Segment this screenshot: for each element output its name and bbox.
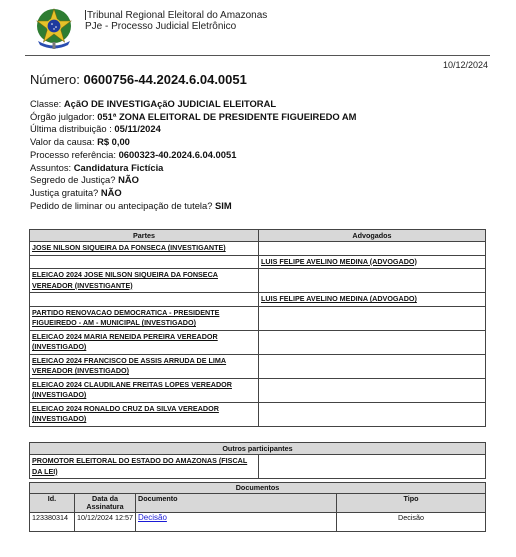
table-row: PROMOTOR ELEITORAL DO ESTADO DO AMAZONAS…: [30, 455, 486, 479]
table-row: 123380314 10/12/2024 12:57 Decisão Decis…: [30, 513, 486, 532]
doc-link[interactable]: Decisão: [138, 513, 167, 522]
header-text: Tribunal Regional Eleitoral do Amazonas …: [85, 10, 267, 32]
print-date: 10/12/2024: [443, 60, 488, 70]
table-row: JOSE NILSON SIQUEIRA DA FONSECA (INVESTI…: [30, 242, 486, 256]
documentos-table: Documentos Id. Data da Assinatura Docume…: [29, 482, 486, 532]
info-orgao-julgador: Órgão julgador: 051ª ZONA ELEITORAL DE P…: [30, 111, 356, 124]
partes-header: Partes: [30, 230, 259, 242]
info-segredo-justica: Segredo de Justiça? NÃO: [30, 174, 356, 187]
partes-table: Partes Advogados JOSE NILSON SIQUEIRA DA…: [29, 229, 486, 427]
system-name: PJe - Processo Judicial Eletrônico: [85, 21, 267, 32]
info-processo-referencia: Processo referência: 0600323-40.2024.6.0…: [30, 149, 356, 162]
doc-id: 123380314: [30, 513, 75, 532]
document-header: Tribunal Regional Eleitoral do Amazonas …: [25, 0, 490, 56]
outros-participantes-table: Outros participantes PROMOTOR ELEITORAL …: [29, 442, 486, 479]
col-id: Id.: [30, 494, 75, 513]
documentos-header: Documentos: [30, 483, 486, 494]
court-name: Tribunal Regional Eleitoral do Amazonas: [87, 10, 267, 21]
col-tipo: Tipo: [337, 494, 486, 513]
table-row: ELEICAO 2024 JOSE NILSON SIQUEIRA DA FON…: [30, 269, 486, 293]
process-number-label: Número:: [30, 72, 83, 87]
advogados-header: Advogados: [259, 230, 486, 242]
col-data: Data da Assinatura: [75, 494, 136, 513]
info-assuntos: Assuntos: Candidatura Fictícia: [30, 162, 356, 175]
table-row: LUIS FELIPE AVELINO MEDINA (ADVOGADO): [30, 293, 486, 307]
brasil-coat-of-arms-icon: [33, 6, 75, 50]
table-row: ELEICAO 2024 FRANCISCO DE ASSIS ARRUDA D…: [30, 354, 486, 378]
col-documento: Documento: [136, 494, 337, 513]
table-row: PARTIDO RENOVACAO DEMOCRATICA - PRESIDEN…: [30, 306, 486, 330]
process-number-value: 0600756-44.2024.6.04.0051: [83, 72, 246, 87]
process-info: Classe: AçãO DE INVESTIGAçãO JUDICIAL EL…: [30, 98, 356, 212]
info-ultima-distribuicao: Última distribuição : 05/11/2024: [30, 123, 356, 136]
process-number: Número: 0600756-44.2024.6.04.0051: [30, 72, 247, 87]
table-row: ELEICAO 2024 CLAUDILANE FREITAS LOPES VE…: [30, 378, 486, 402]
table-row: LUIS FELIPE AVELINO MEDINA (ADVOGADO): [30, 255, 486, 269]
info-justica-gratuita: Justiça gratuita? NÃO: [30, 187, 356, 200]
table-row: ELEICAO 2024 MARIA RENEIDA PEREIRA VEREA…: [30, 330, 486, 354]
doc-tipo: Decisão: [337, 513, 486, 532]
info-classe: Classe: AçãO DE INVESTIGAçãO JUDICIAL EL…: [30, 98, 356, 111]
info-valor-causa: Valor da causa: R$ 0,00: [30, 136, 356, 149]
table-row: ELEICAO 2024 RONALDO CRUZ DA SILVA VEREA…: [30, 402, 486, 426]
doc-data: 10/12/2024 12:57: [75, 513, 136, 532]
info-pedido-liminar: Pedido de liminar ou antecipação de tute…: [30, 200, 356, 213]
outros-header: Outros participantes: [30, 443, 486, 455]
